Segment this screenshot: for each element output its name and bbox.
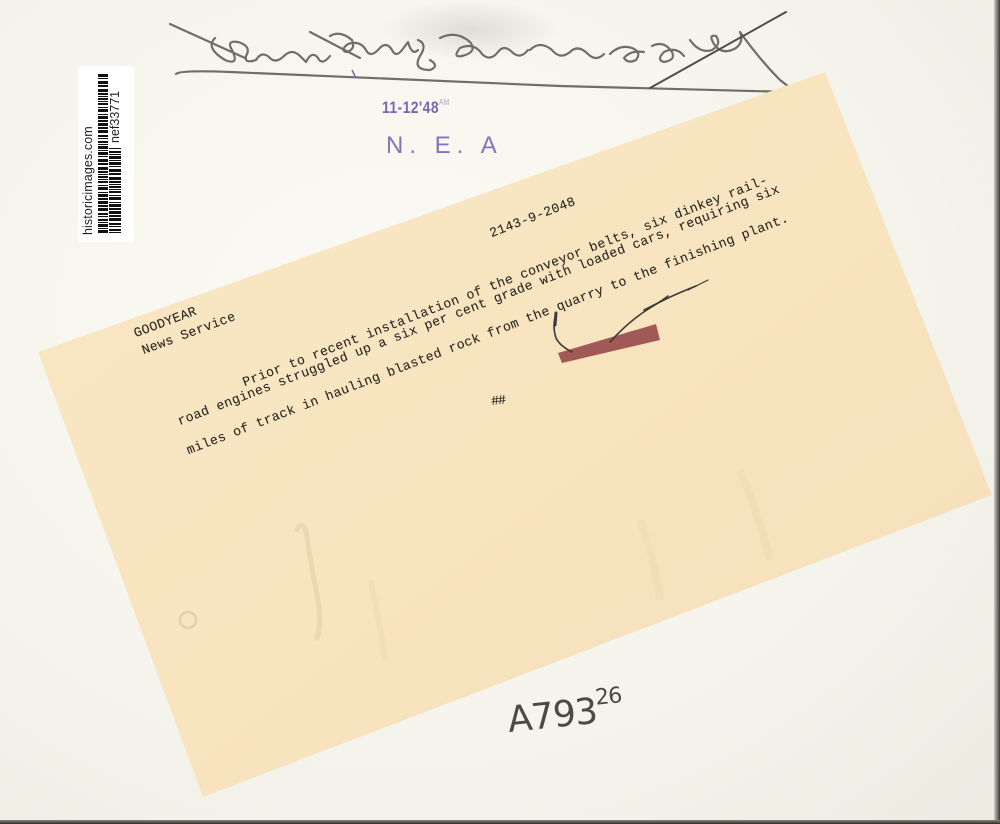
- archive-number-suffix: 26: [594, 683, 622, 711]
- photo-edge-right: [994, 0, 1000, 824]
- caption-end-mark: ##: [490, 393, 505, 409]
- caption-paper: [0, 0, 1000, 824]
- photo-edge-bottom: [0, 820, 1000, 824]
